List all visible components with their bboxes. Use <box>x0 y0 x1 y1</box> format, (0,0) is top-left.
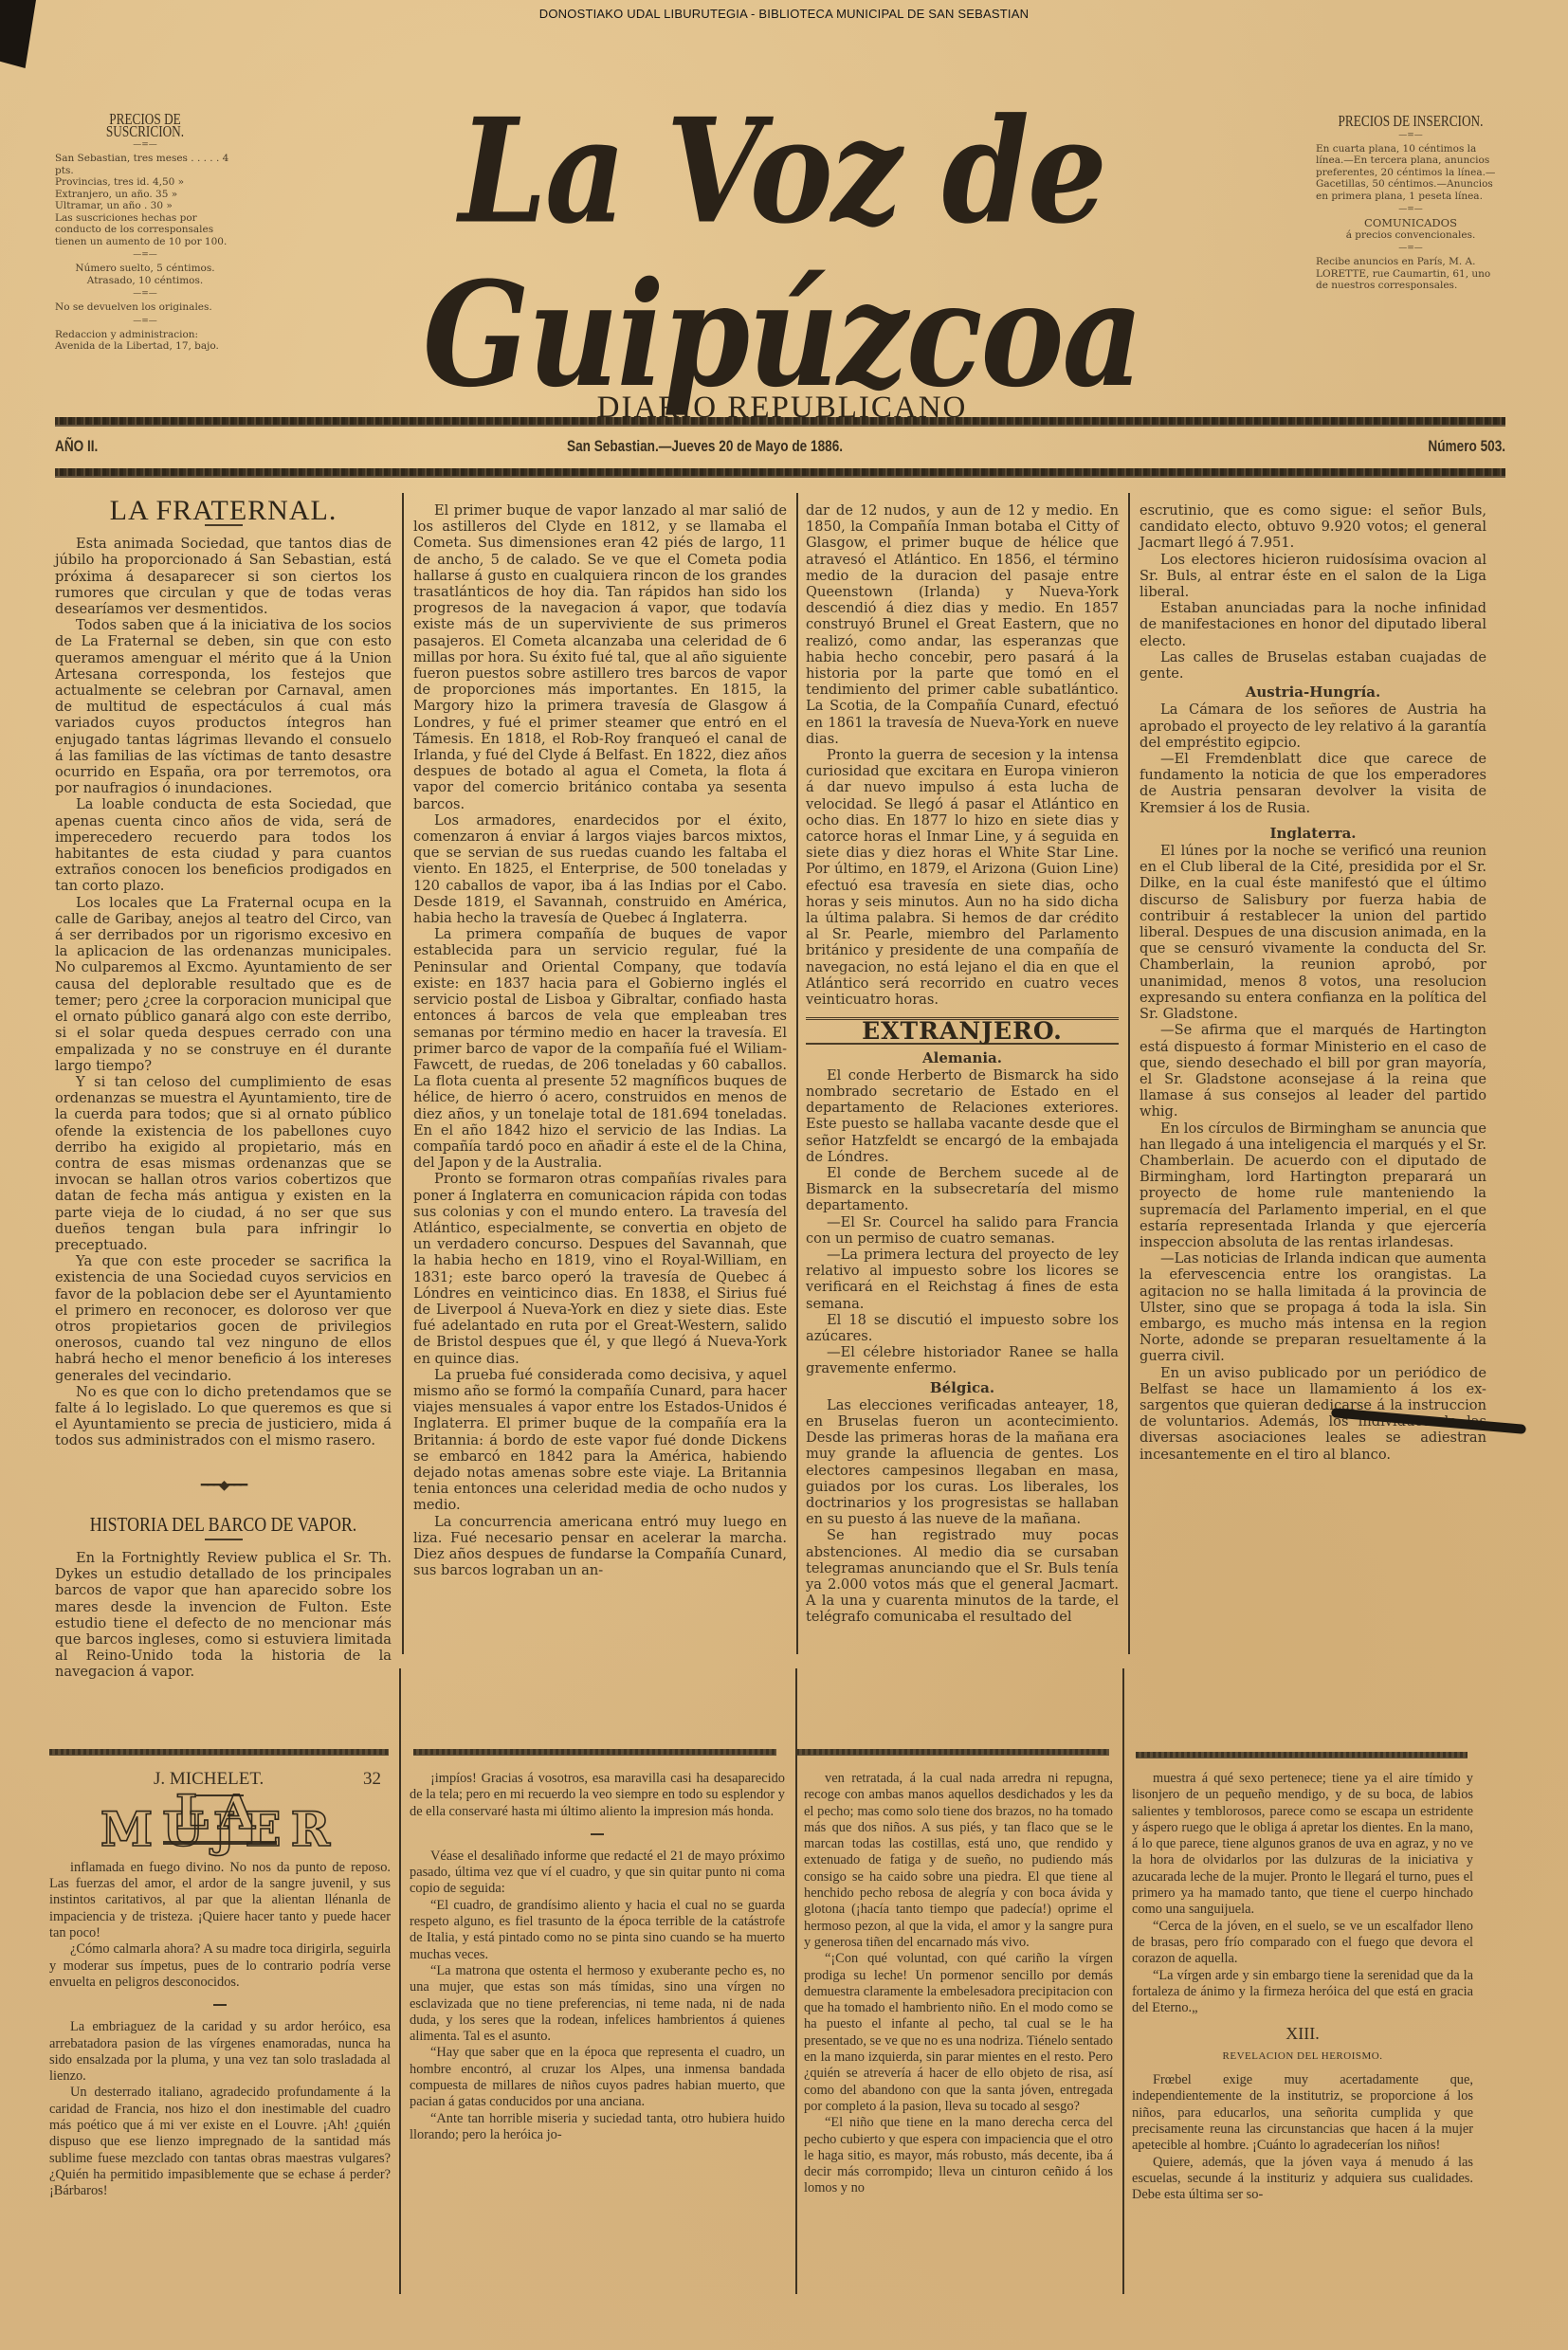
paragraph: En un aviso publicado por un periódico d… <box>1140 1365 1486 1463</box>
folletin-rule <box>413 1749 776 1756</box>
paragraph: Estaban anunciadas para la noche infinid… <box>1140 600 1486 649</box>
column-4: escrutinio, que es como sigue: el señor … <box>1140 502 1486 1463</box>
paragraph: La Cámara de los señores de Austria ha a… <box>1140 701 1486 751</box>
paragraph: El primer buque de vapor lanzado al mar … <box>413 502 787 812</box>
paragraph: “¡Con qué voluntad, con qué cariño la ví… <box>804 1951 1113 2115</box>
paragraph: No es que con lo dicho pretendamos que s… <box>55 1384 392 1449</box>
price-line: Ultramar, un año . 30 » <box>55 200 235 212</box>
section-dash <box>591 1833 604 1835</box>
column-rule <box>795 1668 797 2294</box>
paragraph: “Cerca de la jóven, en el suelo, se ve u… <box>1132 1919 1473 1968</box>
paragraph: La concurrencia americana entró muy lueg… <box>413 1514 787 1579</box>
back-issue-price: Atrasado, 10 céntimos. <box>55 275 235 287</box>
subscription-heading: PRECIOS DE SUSCRICION. <box>75 114 215 137</box>
insertion-box: PRECIOS DE INSERCION. —=— En cuarta plan… <box>1316 116 1505 292</box>
single-copy-price: Número suelto, 5 céntimos. <box>55 263 235 275</box>
folletin-title: LA MUJER <box>49 1804 391 1837</box>
folletin-col-1: J. MICHELET. 32 LA MUJER inflamada en fu… <box>49 1771 391 2200</box>
year: AÑO II. <box>55 437 98 456</box>
subhead-alemania: Alemania. <box>806 1050 1119 1066</box>
paragraph: “El niño que tiene en la mano derecha ce… <box>804 2115 1113 2196</box>
paragraph: ¿Cómo calmarla ahora? A su madre toca di… <box>49 1941 391 1991</box>
ornament-divider: —=— <box>55 250 235 260</box>
chapter-number: XIII. <box>1132 2026 1473 2042</box>
paragraph: escrutinio, que es como sigue: el señor … <box>1140 502 1486 552</box>
paragraph: El conde Herberto de Bismarck ha sido no… <box>806 1067 1119 1165</box>
originals-note: No se devuelven los originales. <box>55 301 235 314</box>
subscription-box: PRECIOS DE SUSCRICION. —=— San Sebastian… <box>55 114 235 353</box>
ornament-divider: —=— <box>55 289 235 299</box>
paragraph: Las calles de Bruselas estaban cuajadas … <box>1140 649 1486 682</box>
paragraph: En la Fortnightly Review publica el Sr. … <box>55 1550 392 1681</box>
comunicados-text: á precios convencionales. <box>1316 229 1505 242</box>
section-extranjero: EXTRANJERO. <box>806 1017 1119 1044</box>
paragraph: Pronto se formaron otras compañías rival… <box>413 1171 787 1366</box>
column-rule <box>796 493 798 1654</box>
office-address: Redaccion y administracion: Avenida de l… <box>55 329 235 353</box>
paragraph: Los electores hicieron ruidosísima ovaci… <box>1140 552 1486 601</box>
article-barco-vapor-cont: El primer buque de vapor lanzado al mar … <box>413 502 787 1578</box>
paragraph: muestra á qué sexo pertenece; tiene ya e… <box>1132 1771 1473 1919</box>
price-line: Extranjero, un año. 35 » <box>55 189 235 201</box>
paragraph: —La primera lectura del proyecto de ley … <box>806 1247 1119 1312</box>
subhead-belgica: Bélgica. <box>806 1380 1119 1396</box>
ornament-divider: —=— <box>55 140 235 150</box>
title-dash <box>205 1539 243 1540</box>
price-line: San Sebastian, tres meses . . . . . 4 pt… <box>55 153 235 176</box>
paragraph: Un desterrado italiano, agradecido profu… <box>49 2085 391 2199</box>
issue-number: Número 503. <box>1428 437 1505 456</box>
masthead: La Voz de Guipúzcoa DIARIO REPUBLICANO <box>256 112 1308 426</box>
article-title: LA FRATERNAL. <box>55 502 392 519</box>
paragraph: “Ante tan horrible miseria y suciedad ta… <box>410 2111 785 2144</box>
paragraph: La embriaguez de la caridad y su ardor h… <box>49 2019 391 2085</box>
paragraph: Esta animada Sociedad, que tantos dias d… <box>55 536 392 617</box>
column-rule <box>402 493 404 1654</box>
folletin-rule <box>49 1749 389 1756</box>
ornament-divider: —=— <box>1316 205 1505 214</box>
paragraph: ¡impíos! Gracias á vosotros, esa maravil… <box>410 1771 785 1820</box>
paragraph: La prueba fué considerada como decisiva,… <box>413 1367 787 1514</box>
paragraph: Frœbel exige muy acertadamente que, inde… <box>1132 2072 1473 2154</box>
paragraph: —Las noticias de Irlanda indican que aum… <box>1140 1250 1486 1364</box>
comunicados-title: COMUNICADOS <box>1316 217 1505 229</box>
paragraph: Los armadores, enardecidos por el éxito,… <box>413 812 787 926</box>
paragraph: Pronto la guerra de secesion y la intens… <box>806 747 1119 1008</box>
dateline: AÑO II. San Sebastian.—Jueves 20 de Mayo… <box>55 437 1505 458</box>
paragraph: “Hay que saber que en la época que repre… <box>410 2045 785 2110</box>
folletin-rule <box>796 1749 1109 1756</box>
section-dash <box>213 2004 227 2006</box>
paragraph: ven retratada, á la cual nada arredra ni… <box>804 1771 1113 1951</box>
folletin-col-2: ¡impíos! Gracias á vosotros, esa maravil… <box>410 1771 785 2143</box>
paragraph: Los locales que La Fraternal ocupa en la… <box>55 895 392 1074</box>
insertion-rates: En cuarta plana, 10 céntimos la línea.—E… <box>1316 143 1505 203</box>
insertion-heading: PRECIOS DE INSERCION. <box>1337 116 1485 128</box>
paragraph: El conde de Berchem sucede al de Bismarc… <box>806 1165 1119 1214</box>
paragraph: Ya que con este proceder se sacrifica la… <box>55 1253 392 1384</box>
paragraph: El lúnes por la noche se verificó una re… <box>1140 843 1486 1022</box>
price-note: Las suscriciones hechas por conducto de … <box>55 212 235 248</box>
paragraph: —El Sr. Courcel ha salido para Francia c… <box>806 1214 1119 1247</box>
paragraph: —El Fremdenblatt dice que carece de fund… <box>1140 751 1486 816</box>
ornament-divider: —=— <box>55 317 235 326</box>
subhead-inglaterra: Inglaterra. <box>1140 826 1486 842</box>
paragraph: Todos saben que á la iniciativa de los s… <box>55 617 392 796</box>
column-3: dar de 12 nudos, y aun de 12 y medio. En… <box>806 502 1119 1626</box>
paragraph: —Se afirma que el marqués de Hartington … <box>1140 1022 1486 1120</box>
paragraph: —El célebre historiador Ranee se halla g… <box>806 1344 1119 1376</box>
paragraph: En los círculos de Birmingham se anuncia… <box>1140 1120 1486 1251</box>
folletin-rule <box>1136 1752 1468 1758</box>
paragraph: Véase el desaliñado informe que redacté … <box>410 1849 785 1898</box>
paragraph: Las elecciones verificadas anteayer, 18,… <box>806 1397 1119 1528</box>
ornament-divider: —=— <box>1316 244 1505 253</box>
paragraph: Quiere, además, que la jóven vaya á menu… <box>1132 2155 1473 2204</box>
bottom-rule <box>55 468 1505 478</box>
paris-agent: Recibe anuncios en París, M. A. LORETTE,… <box>1316 256 1505 292</box>
top-rule <box>55 417 1505 427</box>
column-rule <box>1128 493 1130 1654</box>
paragraph: La loable conducta de esta Sociedad, que… <box>55 796 392 894</box>
paragraph: dar de 12 nudos, y aun de 12 y medio. En… <box>806 502 1119 747</box>
article-title: HISTORIA DEL BARCO DE VAPOR. <box>81 1517 367 1533</box>
folletin-col-4: muestra á qué sexo pertenece; tiene ya e… <box>1132 1771 1473 2203</box>
chapter-title: REVELACION DEL HEROISMO. <box>1132 2049 1473 2065</box>
paragraph: La primera compañía de buques de vapor e… <box>413 926 787 1171</box>
folletin-number: 32 <box>363 1771 381 1787</box>
column-rule <box>1122 1668 1124 2294</box>
paragraph: inflamada en fuego divino. No nos da pun… <box>49 1860 391 1941</box>
paragraph: Y si tan celoso del cumplimiento de esas… <box>55 1074 392 1253</box>
paragraph: “La vírgen arde y sin embargo tiene la s… <box>1132 1968 1473 2017</box>
issue-date: San Sebastian.—Jueves 20 de Mayo de 1886… <box>567 437 843 456</box>
paragraph: Se han registrado muy pocas abstenciones… <box>806 1527 1119 1625</box>
folletin-col-3: ven retratada, á la cual nada arredra ni… <box>804 1771 1113 2197</box>
paragraph: “La matrona que ostenta el hermoso y exu… <box>410 1963 785 2045</box>
price-line: Provincias, tres id. 4,50 » <box>55 176 235 189</box>
ornament-divider: ━━━◆━━━ <box>55 1478 392 1494</box>
ornament-divider: —=— <box>1316 131 1505 140</box>
paragraph: El 18 se discutió el impuesto sobre los … <box>806 1312 1119 1344</box>
newspaper-title: La Voz de Guipúzcoa <box>256 91 1308 418</box>
paragraph: “El cuadro, de grandísimo aliento y haci… <box>410 1898 785 1963</box>
library-banner: DONOSTIAKO UDAL LIBURUTEGIA - BIBLIOTECA… <box>0 7 1568 21</box>
subhead-austria-hungria: Austria-Hungría. <box>1140 684 1486 701</box>
column-rule <box>399 1668 401 2294</box>
article-la-fraternal: LA FRATERNAL. Esta animada Sociedad, que… <box>55 502 392 1681</box>
